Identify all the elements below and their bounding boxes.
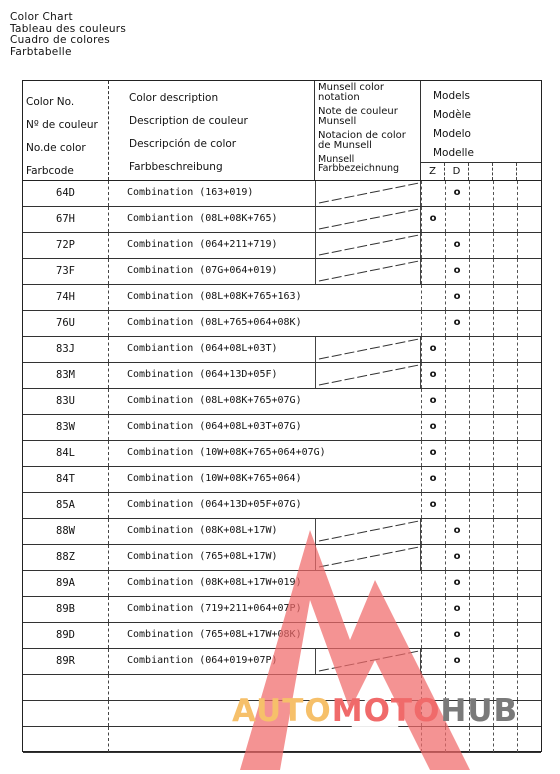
table-row: 88ZCombination (765+08L+17W)o [23,545,541,571]
color-chart-table: Color No. Nº de couleur No.de color Farb… [22,80,542,752]
color-code: 83U [23,389,109,414]
grid-line [469,311,470,336]
color-code [23,727,109,752]
model-z-mark [421,623,445,648]
grid-line [517,519,518,544]
table-row: 83MCombination (064+13D+05F)o [23,363,541,389]
table-row: 73FCombination (07G+064+019)o [23,259,541,285]
munsell-slash-icon [315,649,421,675]
model-z-mark: o [421,363,445,388]
model-col-4 [493,163,517,180]
grid-line [469,207,470,232]
color-description: Combination (08L+765+064+08K) [109,311,302,336]
document-titles: Color Chart Tableau des couleurs Cuadro … [10,12,126,58]
grid-line [469,233,470,258]
table-row: 89BCombination (719+211+064+07P)o [23,597,541,623]
grid-line [517,415,518,440]
model-d-mark: o [445,519,469,544]
grid-line [493,233,494,258]
grid-line [517,571,518,596]
color-code: 84T [23,467,109,492]
color-code: 89A [23,571,109,596]
model-d-mark: o [445,259,469,284]
grid-line [493,415,494,440]
grid-line [469,337,470,362]
grid-line [493,519,494,544]
color-code: 89D [23,623,109,648]
model-d-mark: o [445,571,469,596]
grid-line [493,649,494,674]
model-z-mark: o [421,337,445,362]
grid-line [517,597,518,622]
model-d-mark [445,493,469,518]
color-code: 83W [23,415,109,440]
model-z-mark: o [421,467,445,492]
grid-line [517,493,518,518]
grid-line [493,389,494,414]
color-code: 89R [23,649,109,674]
title-de: Farbtabelle [10,47,126,59]
grid-line [517,727,518,752]
grid-line [493,311,494,336]
model-z-mark [421,519,445,544]
grid-line [517,259,518,284]
color-code: 74H [23,285,109,310]
model-d-mark: o [445,233,469,258]
grid-line [469,545,470,570]
model-d-mark [445,207,469,232]
munsell-slash-icon [315,519,421,545]
model-d-mark [445,389,469,414]
model-d-mark: o [445,181,469,206]
model-z-mark [421,545,445,570]
color-code [23,701,109,726]
table-row: 89DCombination (765+08L+17W+08K)o [23,623,541,649]
grid-line [469,389,470,414]
grid-line [493,727,494,752]
color-code: 88W [23,519,109,544]
header-models: Models Modèle Modelo Modelle Z D [421,81,541,180]
munsell-slash-icon [315,181,421,207]
grid-line [517,467,518,492]
model-d-mark: o [445,623,469,648]
munsell-slash-icon [315,233,421,259]
table-row: 83JCombiantion (064+08L+03T)o [23,337,541,363]
grid-line [493,207,494,232]
table-header: Color No. Nº de couleur No.de color Farb… [23,81,541,181]
color-description: Combination (08L+08K+765+163) [109,285,302,310]
table-row: 83UCombination (08L+08K+765+07G)o [23,389,541,415]
grid-line [469,519,470,544]
color-description: Combination (08L+08K+765+07G) [109,389,302,414]
model-columns: Z D [421,162,541,180]
grid-line [493,571,494,596]
table-row: 84LCombination (10W+08K+765+064+07G)o [23,441,541,467]
model-d-mark [445,415,469,440]
grid-line [469,441,470,466]
model-d-mark: o [445,311,469,336]
grid-line [517,441,518,466]
model-z-mark: o [421,415,445,440]
munsell-slash-icon [315,259,421,285]
color-description: Combination (064+211+719) [109,233,278,258]
title-en: Color Chart [10,12,126,24]
color-description: Combination (064+13D+05F) [109,363,278,388]
grid-line [493,623,494,648]
color-code: 67H [23,207,109,232]
color-code: 64D [23,181,109,206]
grid-line [517,181,518,206]
color-description [109,727,127,752]
grid-line [469,259,470,284]
model-z-mark [421,571,445,596]
grid-line [517,233,518,258]
color-description: Combination (765+08L+17W) [109,545,278,570]
color-description: Combination (10W+08K+765+064+07G) [109,441,326,466]
table-row: 72PCombination (064+211+719)o [23,233,541,259]
color-description: Combination (064+08L+03T+07G) [109,415,302,440]
model-d-mark: o [445,649,469,674]
model-z-mark: o [421,441,445,466]
color-code: 83J [23,337,109,362]
grid-line [493,545,494,570]
model-z-mark [421,181,445,206]
color-code: 84L [23,441,109,466]
table-row: 85ACombination (064+13D+05F+07G)o [23,493,541,519]
munsell-slash-icon [315,207,421,233]
model-col-d: D [445,163,469,180]
model-z-mark [421,727,445,752]
grid-line [493,493,494,518]
table-row: 89RCombiantion (064+019+07P)o [23,649,541,675]
model-d-mark [445,441,469,466]
color-description: Combination (064+13D+05F+07G) [109,493,302,518]
grid-line [493,259,494,284]
color-description: Combination (163+019) [109,181,253,206]
color-code: 73F [23,259,109,284]
model-z-mark: o [421,207,445,232]
model-z-mark [421,233,445,258]
color-description: Combination (719+211+064+07P) [109,597,302,622]
grid-line [469,415,470,440]
model-z-mark: o [421,493,445,518]
model-z-mark [421,311,445,336]
model-d-mark: o [445,285,469,310]
grid-line [517,311,518,336]
model-col-3 [469,163,493,180]
grid-line [469,597,470,622]
color-description: Combination (10W+08K+765+064) [109,467,302,492]
grid-line [517,389,518,414]
grid-line [517,649,518,674]
model-d-mark [445,363,469,388]
model-col-z: Z [421,163,445,180]
grid-line [469,727,470,752]
color-description: Combination (07G+064+019) [109,259,278,284]
header-color-description: Color description Description de couleur… [109,81,315,180]
grid-line [469,363,470,388]
model-z-mark [421,649,445,674]
color-description: Combiantion (08L+08K+765) [109,207,278,232]
table-row: 67HCombiantion (08L+08K+765)o [23,207,541,233]
model-d-mark: o [445,597,469,622]
grid-line [469,181,470,206]
grid-line [493,285,494,310]
grid-line [517,207,518,232]
table-row: 89ACombination (08K+08L+17W+019)o [23,571,541,597]
color-description: Combiantion (064+08L+03T) [109,337,278,362]
color-description [109,675,127,700]
model-z-mark [421,597,445,622]
color-description: Combination (08K+08L+17W) [109,519,278,544]
grid-line [469,467,470,492]
grid-line [469,285,470,310]
grid-line [493,441,494,466]
watermark-text: AUTOMOTOHUB [232,693,518,729]
model-d-mark [445,467,469,492]
grid-line [517,285,518,310]
grid-line [517,545,518,570]
color-code: 76U [23,311,109,336]
table-row: 84TCombination (10W+08K+765+064)o [23,467,541,493]
model-z-mark: o [421,389,445,414]
grid-line [469,571,470,596]
color-description: Combination (765+08L+17W+08K) [109,623,302,648]
header-color-no: Color No. Nº de couleur No.de color Farb… [23,81,109,180]
model-z-mark [421,259,445,284]
grid-line [517,363,518,388]
color-code: 85A [23,493,109,518]
grid-line [469,623,470,648]
grid-line [493,363,494,388]
grid-line [493,467,494,492]
color-code [23,675,109,700]
model-d-mark [445,727,469,752]
color-description: Combination (08K+08L+17W+019) [109,571,302,596]
grid-line [493,181,494,206]
table-row: 88WCombination (08K+08L+17W)o [23,519,541,545]
table-row: 76UCombination (08L+765+064+08K)o [23,311,541,337]
munsell-slash-icon [315,545,421,571]
model-d-mark [445,337,469,362]
model-col-5 [517,163,541,180]
munsell-slash-icon [315,337,421,363]
header-munsell: Munsell color notation Note de couleur M… [315,81,421,180]
color-description [109,701,127,726]
color-code: 83M [23,363,109,388]
grid-line [469,649,470,674]
table-row: 74HCombination (08L+08K+765+163)o [23,285,541,311]
grid-line [469,493,470,518]
table-body: 64DCombination (163+019)o67HCombiantion … [23,181,541,753]
munsell-slash-icon [315,363,421,389]
table-row: 83WCombination (064+08L+03T+07G)o [23,415,541,441]
grid-line [517,623,518,648]
table-row [23,727,541,753]
grid-line [517,337,518,362]
color-description: Combiantion (064+019+07P) [109,649,278,674]
color-code: 89B [23,597,109,622]
table-row: 64DCombination (163+019)o [23,181,541,207]
title-es: Cuadro de colores [10,35,126,47]
color-code: 88Z [23,545,109,570]
model-z-mark [421,285,445,310]
color-code: 72P [23,233,109,258]
model-d-mark: o [445,545,469,570]
grid-line [493,337,494,362]
grid-line [493,597,494,622]
